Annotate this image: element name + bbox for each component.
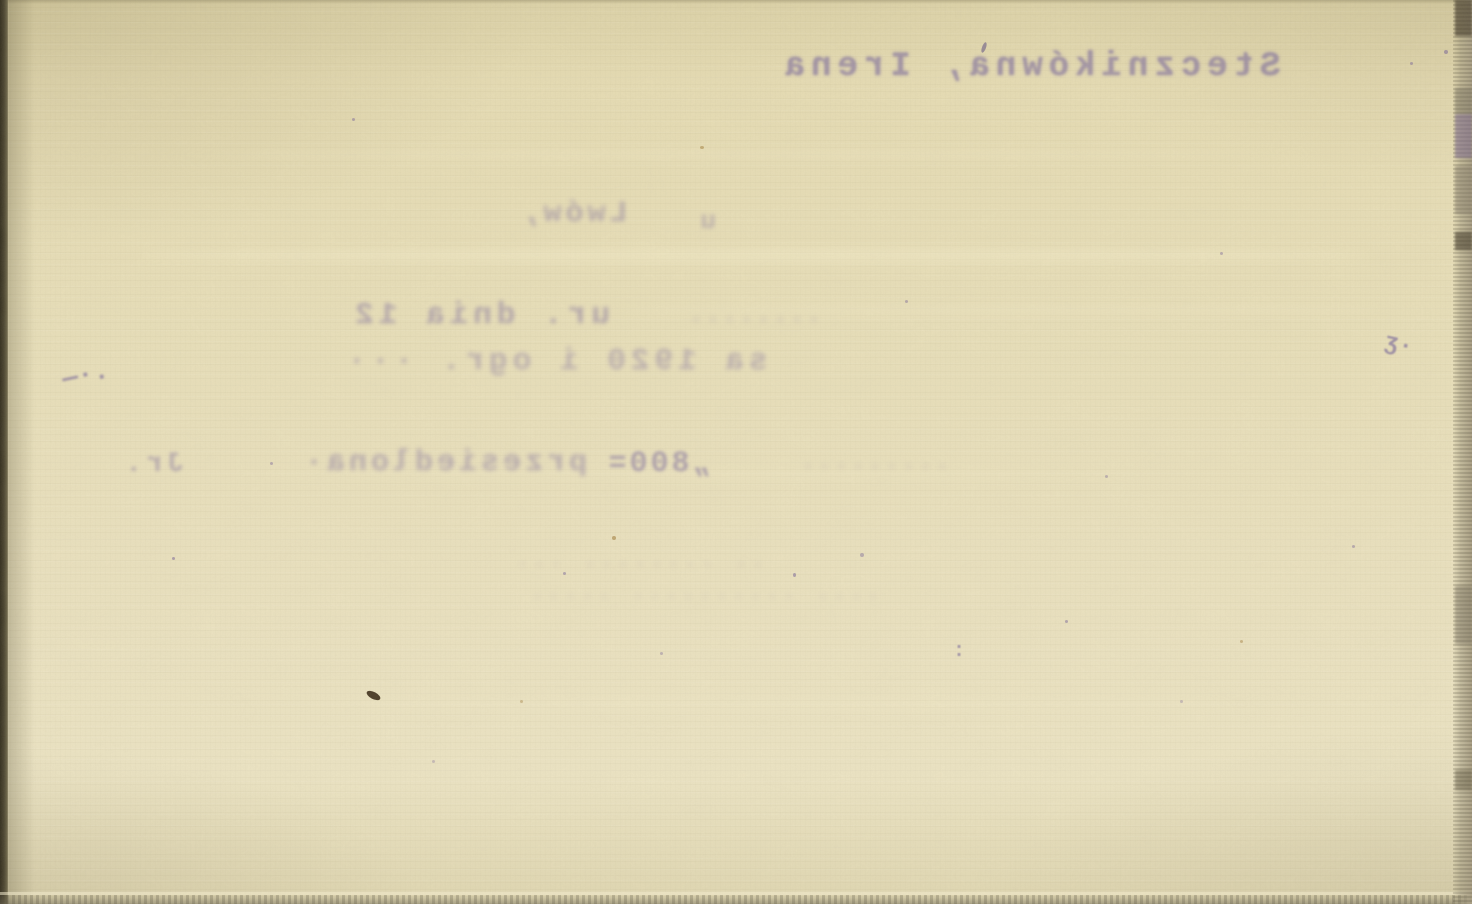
index-card-verso: Stecznikówna, Irena Lwów, u ur. dnia 12 … xyxy=(0,0,1472,904)
edge-gray-patch xyxy=(1455,586,1472,644)
card-top-edge xyxy=(0,0,1472,4)
paper-streak xyxy=(140,248,1370,263)
paper-streak xyxy=(620,305,1380,315)
paper-streak xyxy=(210,150,1260,159)
edge-dark-speck xyxy=(1455,232,1472,250)
card-right-edge xyxy=(1453,0,1472,904)
paper-fibre-texture xyxy=(0,0,1472,904)
edge-gray-patch xyxy=(1455,166,1472,214)
card-left-edge xyxy=(0,0,9,904)
card-left-edge-shadow xyxy=(9,0,35,904)
edge-dark-patch xyxy=(1455,0,1472,36)
edge-dark-patch xyxy=(1455,770,1472,790)
edge-purple-patch xyxy=(1455,114,1472,158)
paper-streak xyxy=(300,698,1250,710)
card-bottom-edge xyxy=(0,895,1472,904)
edge-gray-patch xyxy=(1455,88,1472,114)
paper-streak xyxy=(260,470,1160,480)
